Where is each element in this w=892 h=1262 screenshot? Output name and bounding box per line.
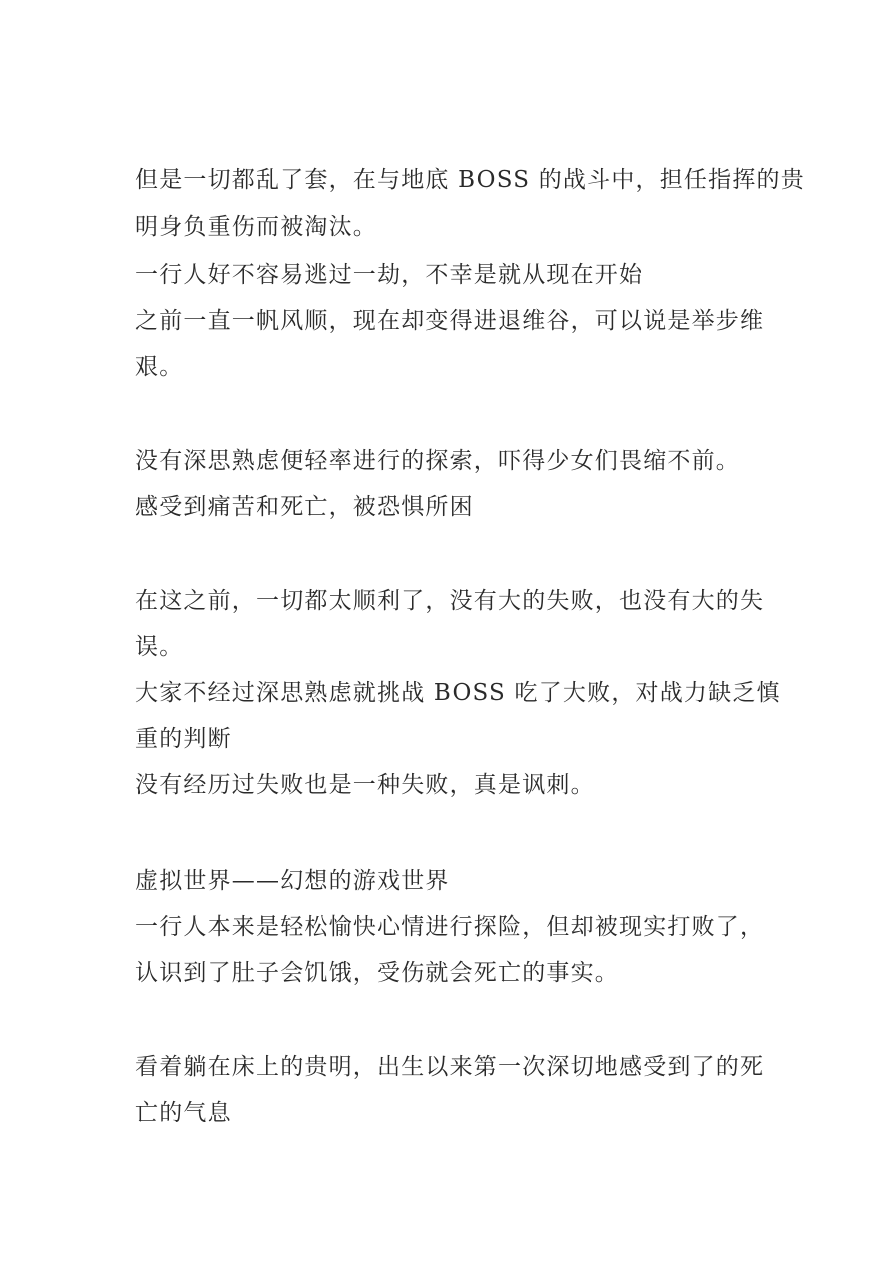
document-page: 但是一切都乱了套，在与地底 BOSS 的战斗中，担任指挥的贵 明身负重伤而被淘汰… bbox=[0, 0, 892, 1262]
text-line: 虚拟世界——幻想的游戏世界 bbox=[135, 858, 775, 904]
text-line: 感受到痛苦和死亡，被恐惧所困 bbox=[135, 484, 775, 530]
text-line: 大家不经过深思熟虑就挑战 BOSS 吃了大败，对战力缺乏慎 bbox=[135, 670, 775, 716]
text-line: 认识到了肚子会饥饿，受伤就会死亡的事实。 bbox=[135, 950, 775, 996]
text-line: 没有深思熟虑便轻率进行的探索，吓得少女们畏缩不前。 bbox=[135, 438, 775, 484]
text-line: 之前一直一帆风顺，现在却变得进退维谷，可以说是举步维 bbox=[135, 298, 775, 344]
text-line: 重的判断 bbox=[135, 716, 775, 762]
text-line: 明身负重伤而被淘汰。 bbox=[135, 204, 775, 250]
text-line: 一行人好不容易逃过一劫，不幸是就从现在开始 bbox=[135, 252, 775, 298]
text-line: 没有经历过失败也是一种失败，真是讽刺。 bbox=[135, 762, 775, 808]
text-line: 亡的气息 bbox=[135, 1090, 775, 1136]
text-line: 但是一切都乱了套，在与地底 BOSS 的战斗中，担任指挥的贵 bbox=[135, 157, 775, 203]
text-line: 艰。 bbox=[135, 344, 775, 390]
text-line: 一行人本来是轻松愉快心情进行探险，但却被现实打败了， bbox=[135, 904, 775, 950]
text-line: 看着躺在床上的贵明，出生以来第一次深切地感受到了的死 bbox=[135, 1044, 775, 1090]
text-line: 在这之前，一切都太顺利了，没有大的失败，也没有大的失 bbox=[135, 578, 775, 624]
text-line: 误。 bbox=[135, 624, 775, 670]
